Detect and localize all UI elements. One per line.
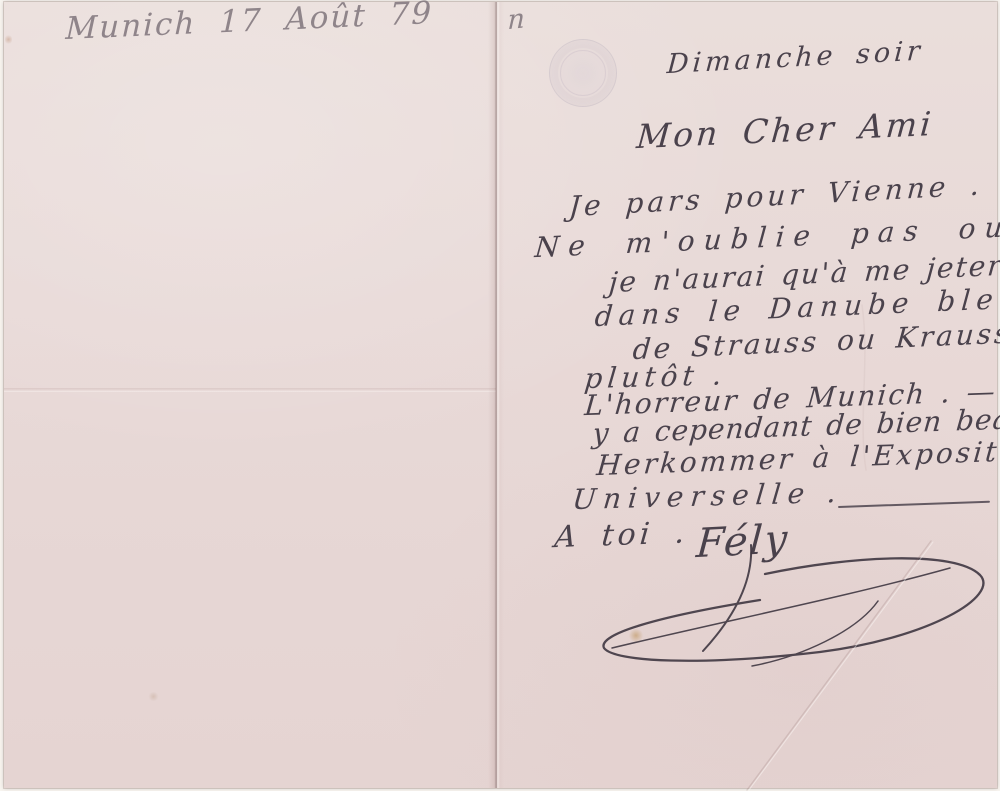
letter-scan: Munich 17 Août 79 n Dimanche soir Mon Ch… [0, 0, 1000, 791]
letter-signature: Fély [695, 517, 791, 566]
pencil-mark: n [507, 4, 525, 36]
center-fold [488, 2, 504, 788]
horizontal-fold-crease [4, 388, 496, 392]
ink-stain [628, 629, 644, 642]
letter-closing: A toi . [553, 516, 690, 554]
embossed-stamp [549, 39, 617, 107]
edge-spot [5, 34, 12, 45]
foxing-spot [148, 692, 159, 701]
